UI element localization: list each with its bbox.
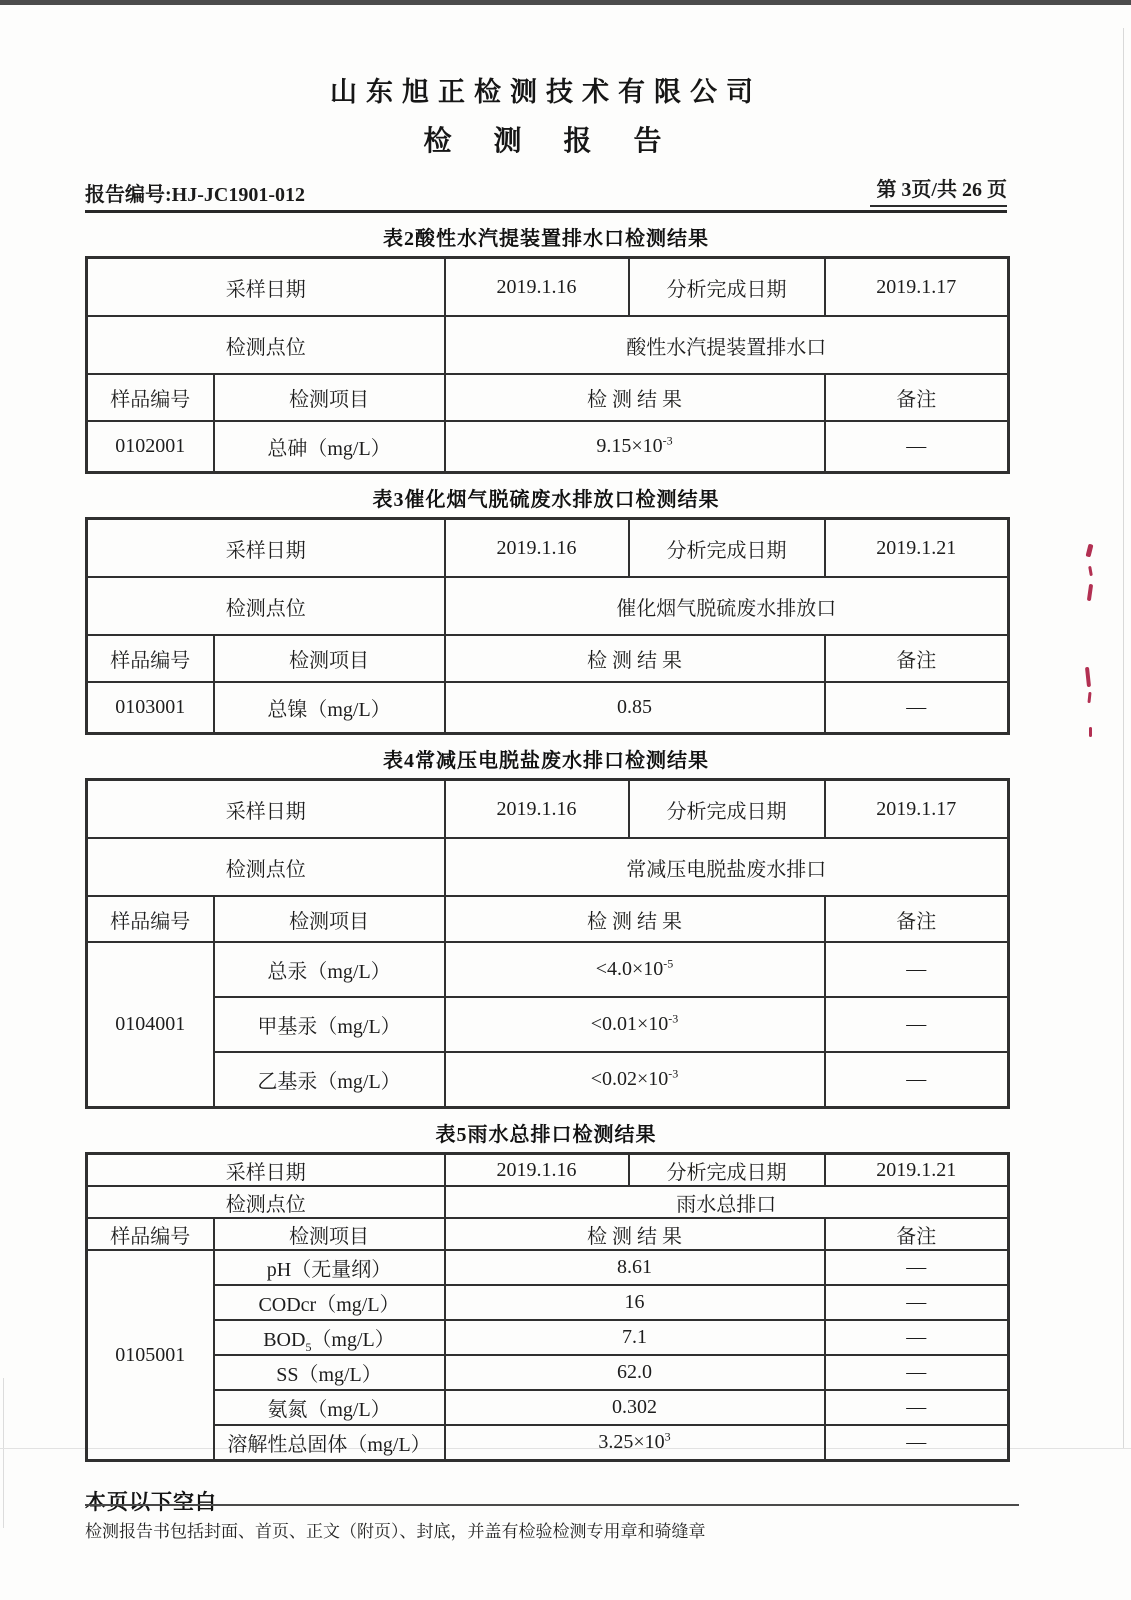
remark-label: 备注 <box>825 374 1009 421</box>
monitoring-point-label: 检测点位 <box>87 838 445 896</box>
table-row: 检测点位 常减压电脱盐废水排口 <box>87 838 1009 896</box>
table-row: 0102001 总砷（mg/L） 9.15×10-3 — <box>87 421 1009 473</box>
table-row: 0105001 pH（无量纲） 8.61 — <box>87 1250 1009 1285</box>
analysis-date-label: 分析完成日期 <box>629 258 825 317</box>
table-section-3: 表3催化烟气脱硫废水排放口检测结果 采样日期 2019.1.16 分析完成日期 … <box>85 483 1007 735</box>
test-item-value: 乙基汞（mg/L） <box>214 1052 445 1108</box>
remark-value: — <box>825 1052 1009 1108</box>
result-text: 62.0 <box>617 1361 652 1383</box>
table-row: 检测点位 雨水总排口 <box>87 1186 1009 1218</box>
page-indicator: 第 3页/共 26 页 <box>870 173 1007 207</box>
report-number: 报告编号:HJ-JC1901-012 <box>85 178 305 207</box>
result-text: 3.25×10 <box>598 1431 664 1453</box>
sampling-date-value: 2019.1.16 <box>445 258 629 317</box>
result-text: 7.1 <box>622 1326 647 1348</box>
red-seal-mark <box>1085 667 1091 687</box>
table-row: CODcr（mg/L） 16 — <box>87 1285 1009 1320</box>
report-meta-row: 报告编号:HJ-JC1901-012 第 3页/共 26 页 <box>85 173 1007 207</box>
item-text: 氨氮（mg/L） <box>267 1399 390 1421</box>
test-result-label: 检 测 结 果 <box>445 1218 825 1250</box>
result-exponent: -5 <box>663 956 673 970</box>
red-seal-mark <box>1087 584 1093 601</box>
item-text: 溶解性总固体（mg/L） <box>227 1434 430 1456</box>
test-result-value: 7.1 <box>445 1320 825 1355</box>
remark-value: — <box>825 1320 1009 1355</box>
test-result-value: 9.15×10-3 <box>445 421 825 473</box>
sample-no-label: 样品编号 <box>87 896 214 942</box>
table3-title: 表3催化烟气脱硫废水排放口检测结果 <box>85 483 1007 512</box>
remark-label: 备注 <box>825 896 1009 942</box>
page-content: 山东旭正检测技术有限公司 检 测 报 告 报告编号:HJ-JC1901-012 … <box>85 0 1007 1516</box>
table-row: 采样日期 2019.1.16 分析完成日期 2019.1.17 <box>87 258 1009 317</box>
sample-no-value: 0105001 <box>87 1250 214 1461</box>
test-result-label: 检 测 结 果 <box>445 896 825 942</box>
table-row: 检测点位 酸性水汽提装置排水口 <box>87 316 1009 374</box>
table-row: 检测点位 催化烟气脱硫废水排放口 <box>87 577 1009 635</box>
sampling-date-value: 2019.1.16 <box>445 780 629 839</box>
test-item-value: 溶解性总固体（mg/L） <box>214 1425 445 1461</box>
document-title: 检 测 报 告 <box>85 119 1007 159</box>
sample-no-value: 0104001 <box>87 942 214 1108</box>
test-result-value: 62.0 <box>445 1355 825 1390</box>
result-text: 0.302 <box>612 1396 657 1418</box>
sample-no-label: 样品编号 <box>87 635 214 682</box>
table-row: 0104001 总汞（mg/L） <4.0×10-5 — <box>87 942 1009 997</box>
sampling-date-label: 采样日期 <box>87 1154 445 1187</box>
header-rule <box>85 210 1007 213</box>
test-result-value: <0.02×10-3 <box>445 1052 825 1108</box>
item-text: BOD <box>263 1329 305 1351</box>
table-row: 样品编号 检测项目 检 测 结 果 备注 <box>87 896 1009 942</box>
item-text: SS（mg/L） <box>276 1364 382 1386</box>
remark-value: — <box>825 1355 1009 1390</box>
result-exponent: -3 <box>663 433 673 447</box>
item-text: CODcr（mg/L） <box>258 1294 399 1316</box>
remark-value: — <box>825 997 1009 1052</box>
item-text: 乙基汞（mg/L） <box>257 1071 400 1093</box>
test-item-label: 检测项目 <box>214 1218 445 1250</box>
company-name: 山东旭正检测技术有限公司 <box>85 0 1007 109</box>
test-item-label: 检测项目 <box>214 374 445 421</box>
test-result-label: 检 测 结 果 <box>445 635 825 682</box>
table-row: 溶解性总固体（mg/L） 3.25×103 — <box>87 1425 1009 1461</box>
test-result-value: 3.25×103 <box>445 1425 825 1461</box>
test-item-value: 氨氮（mg/L） <box>214 1390 445 1425</box>
result-text: <4.0×10 <box>596 958 664 980</box>
test-item-value: CODcr（mg/L） <box>214 1285 445 1320</box>
red-seal-mark <box>1086 544 1094 558</box>
analysis-date-value: 2019.1.17 <box>825 780 1009 839</box>
test-item-value: 总汞（mg/L） <box>214 942 445 997</box>
test-result-value: <4.0×10-5 <box>445 942 825 997</box>
table-row: 乙基汞（mg/L） <0.02×10-3 — <box>87 1052 1009 1108</box>
result-text: 8.61 <box>617 1256 652 1278</box>
table5-title: 表5雨水总排口检测结果 <box>85 1118 1007 1147</box>
red-seal-mark <box>1088 566 1093 576</box>
monitoring-point-value: 催化烟气脱硫废水排放口 <box>445 577 1009 635</box>
table3: 采样日期 2019.1.16 分析完成日期 2019.1.21 检测点位 催化烟… <box>85 517 1010 735</box>
sampling-date-value: 2019.1.16 <box>445 519 629 578</box>
remark-value: — <box>825 1425 1009 1461</box>
page-footer: 检测报告书包括封面、首页、正文（附页）、封底，并盖有检验检测专用章和骑缝章 <box>85 1504 1019 1542</box>
analysis-date-value: 2019.1.21 <box>825 519 1009 578</box>
item-text: 总砷（mg/L） <box>267 438 390 460</box>
result-text: 9.15×10 <box>596 435 662 457</box>
table4-title: 表4常减压电脱盐废水排口检测结果 <box>85 744 1007 773</box>
remark-value: — <box>825 682 1009 734</box>
remark-value: — <box>825 1250 1009 1285</box>
report-page: 山东旭正检测技术有限公司 检 测 报 告 报告编号:HJ-JC1901-012 … <box>0 0 1131 1600</box>
sample-no-value: 0103001 <box>87 682 214 734</box>
sampling-date-label: 采样日期 <box>87 258 445 317</box>
test-item-label: 检测项目 <box>214 635 445 682</box>
table-row: 样品编号 检测项目 检 测 结 果 备注 <box>87 1218 1009 1250</box>
test-item-value: SS（mg/L） <box>214 1355 445 1390</box>
item-text: 总镍（mg/L） <box>267 699 390 721</box>
table-row: 采样日期 2019.1.16 分析完成日期 2019.1.21 <box>87 1154 1009 1187</box>
remark-value: — <box>825 942 1009 997</box>
monitoring-point-label: 检测点位 <box>87 1186 445 1218</box>
table-row: 0103001 总镍（mg/L） 0.85 — <box>87 682 1009 734</box>
table-row: 甲基汞（mg/L） <0.01×10-3 — <box>87 997 1009 1052</box>
table-row: 样品编号 检测项目 检 测 结 果 备注 <box>87 374 1009 421</box>
result-text: <0.01×10 <box>591 1013 669 1035</box>
remark-value: — <box>825 1285 1009 1320</box>
red-seal-mark <box>1087 692 1091 703</box>
result-exponent: -3 <box>668 1011 678 1025</box>
analysis-date-label: 分析完成日期 <box>629 1154 825 1187</box>
item-text: pH（无量纲） <box>267 1259 391 1281</box>
table-section-2: 表2酸性水汽提装置排水口检测结果 采样日期 2019.1.16 分析完成日期 2… <box>85 222 1007 474</box>
test-result-value: 16 <box>445 1285 825 1320</box>
sampling-date-value: 2019.1.16 <box>445 1154 629 1187</box>
monitoring-point-label: 检测点位 <box>87 316 445 374</box>
result-text: <0.02×10 <box>591 1068 669 1090</box>
scan-edge-left <box>3 1378 4 1528</box>
analysis-date-label: 分析完成日期 <box>629 519 825 578</box>
table5: 采样日期 2019.1.16 分析完成日期 2019.1.21 检测点位 雨水总… <box>85 1152 1010 1462</box>
remark-label: 备注 <box>825 635 1009 682</box>
remark-value: — <box>825 1390 1009 1425</box>
test-result-value: 0.302 <box>445 1390 825 1425</box>
monitoring-point-value: 常减压电脱盐废水排口 <box>445 838 1009 896</box>
table-section-5: 表5雨水总排口检测结果 采样日期 2019.1.16 分析完成日期 2019.1… <box>85 1118 1007 1462</box>
test-item-label: 检测项目 <box>214 896 445 942</box>
test-item-value: pH（无量纲） <box>214 1250 445 1285</box>
test-result-value: 8.61 <box>445 1250 825 1285</box>
analysis-date-label: 分析完成日期 <box>629 780 825 839</box>
test-item-value: 总镍（mg/L） <box>214 682 445 734</box>
table-row: BOD5（mg/L） 7.1 — <box>87 1320 1009 1355</box>
table-row: 采样日期 2019.1.16 分析完成日期 2019.1.17 <box>87 780 1009 839</box>
red-seal-mark <box>1089 727 1092 737</box>
test-item-value: 甲基汞（mg/L） <box>214 997 445 1052</box>
table-row: SS（mg/L） 62.0 — <box>87 1355 1009 1390</box>
table-section-4: 表4常减压电脱盐废水排口检测结果 采样日期 2019.1.16 分析完成日期 2… <box>85 744 1007 1109</box>
item-text: （mg/L） <box>311 1329 394 1351</box>
monitoring-point-value: 酸性水汽提装置排水口 <box>445 316 1009 374</box>
monitoring-point-label: 检测点位 <box>87 577 445 635</box>
footer-note: 检测报告书包括封面、首页、正文（附页）、封底，并盖有检验检测专用章和骑缝章 <box>85 1522 706 1541</box>
test-result-label: 检 测 结 果 <box>445 374 825 421</box>
analysis-date-value: 2019.1.21 <box>825 1154 1009 1187</box>
result-exponent: 3 <box>665 1429 671 1443</box>
test-item-value: 总砷（mg/L） <box>214 421 445 473</box>
sample-no-label: 样品编号 <box>87 1218 214 1250</box>
table2-title: 表2酸性水汽提装置排水口检测结果 <box>85 222 1007 251</box>
remark-label: 备注 <box>825 1218 1009 1250</box>
test-item-value: BOD5（mg/L） <box>214 1320 445 1355</box>
table-row: 样品编号 检测项目 检 测 结 果 备注 <box>87 635 1009 682</box>
monitoring-point-value: 雨水总排口 <box>445 1186 1009 1218</box>
analysis-date-value: 2019.1.17 <box>825 258 1009 317</box>
table2: 采样日期 2019.1.16 分析完成日期 2019.1.17 检测点位 酸性水… <box>85 256 1010 474</box>
remark-value: — <box>825 421 1009 473</box>
item-text: 总汞（mg/L） <box>267 961 390 983</box>
table-row: 氨氮（mg/L） 0.302 — <box>87 1390 1009 1425</box>
sampling-date-label: 采样日期 <box>87 780 445 839</box>
sample-no-value: 0102001 <box>87 421 214 473</box>
sampling-date-label: 采样日期 <box>87 519 445 578</box>
result-text: 0.85 <box>617 696 652 718</box>
table4: 采样日期 2019.1.16 分析完成日期 2019.1.17 检测点位 常减压… <box>85 778 1010 1109</box>
result-exponent: -3 <box>668 1066 678 1080</box>
scan-edge-right <box>1123 28 1124 1448</box>
item-text: 甲基汞（mg/L） <box>257 1016 400 1038</box>
sample-no-label: 样品编号 <box>87 374 214 421</box>
table-row: 采样日期 2019.1.16 分析完成日期 2019.1.21 <box>87 519 1009 578</box>
test-result-value: <0.01×10-3 <box>445 997 825 1052</box>
result-text: 16 <box>625 1291 645 1313</box>
test-result-value: 0.85 <box>445 682 825 734</box>
